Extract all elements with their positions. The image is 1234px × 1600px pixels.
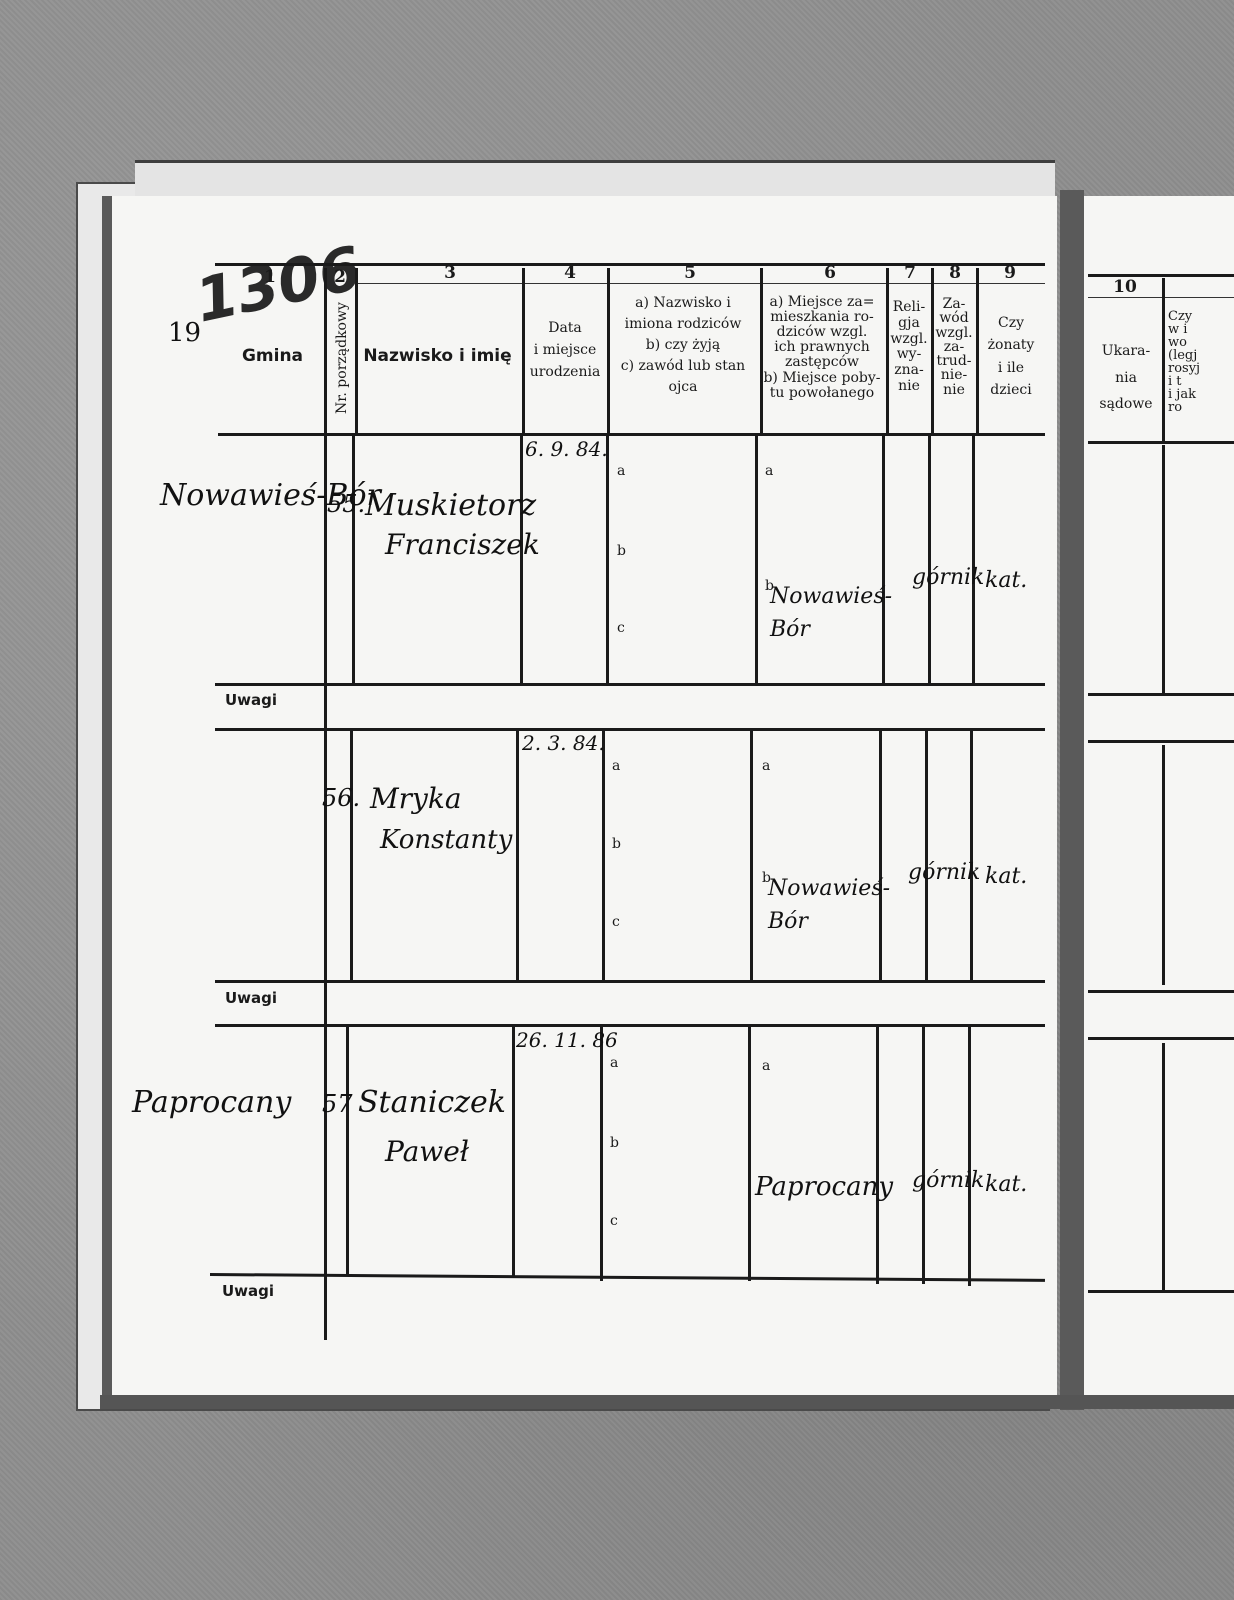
row-rule — [972, 435, 975, 685]
entry-55-label-b: b — [617, 543, 626, 559]
header-line: zastępców — [758, 355, 886, 370]
row-rule — [350, 730, 353, 980]
remarks-top-rule-right — [1088, 693, 1234, 696]
header-line: b) Miejsce poby- — [758, 371, 886, 386]
header-line: nie — [932, 383, 976, 397]
row-rule — [922, 1026, 925, 1284]
row-rule — [928, 435, 931, 685]
header-line: ro — [1168, 401, 1234, 414]
row-rule — [748, 1026, 751, 1281]
row-rule — [882, 435, 885, 685]
row-rule — [1162, 745, 1165, 985]
header-line: zna- — [887, 363, 931, 379]
header-line: żonaty — [978, 334, 1044, 356]
header-parents: a) Nazwisko i imiona rodziców b) czy żyj… — [608, 293, 758, 398]
page-bottom-shadow — [100, 1395, 1234, 1409]
header-line: nie — [887, 379, 931, 395]
remarks-bottom-rule — [215, 1024, 1045, 1027]
header-line: i ile — [978, 357, 1044, 379]
column-number-3: 3 — [420, 264, 480, 284]
entry-57-label-c: c — [610, 1213, 618, 1229]
header-line: Ukara- — [1090, 338, 1162, 365]
header-line: Czy — [978, 312, 1044, 334]
entry-55-birth-date: 6. 9. 84. — [525, 437, 608, 461]
header-line: ich prawnych — [758, 340, 886, 355]
entry-57-religion: kat. — [985, 1172, 1027, 1197]
remarks-top-rule — [215, 683, 1045, 686]
column-number-5: 5 — [660, 264, 720, 284]
entry-56-given-name: Konstanty — [380, 825, 512, 855]
header-line: za- — [932, 340, 976, 354]
row-rule — [352, 435, 355, 685]
header-line: imiona rodziców — [608, 314, 758, 335]
column-rule-3-header — [522, 268, 525, 433]
entry-57-gmina: Paprocany — [132, 1085, 291, 1120]
page-number: 19 — [168, 318, 201, 348]
row-rule — [346, 1026, 349, 1274]
remarks-bottom-rule-right — [1088, 1037, 1234, 1040]
header-line: wzgl. — [887, 332, 931, 348]
column-rule-2-header — [355, 268, 358, 433]
header-nazwisko-imie: Nazwisko i imię — [355, 347, 520, 367]
header-line: gja — [887, 316, 931, 332]
remarks-top-rule-right — [1088, 1290, 1234, 1293]
column-rule-8-header — [976, 268, 979, 433]
header-line: a) Miejsce za= — [758, 295, 886, 310]
row-rule — [750, 730, 753, 980]
row-rule — [968, 1026, 971, 1286]
column-number-7: 7 — [890, 264, 930, 284]
entry-56-surname: Mryka — [370, 782, 462, 815]
header-line: Za- — [932, 297, 976, 311]
row-rule — [876, 1026, 879, 1284]
entry-56-birth-date: 2. 3. 84. — [522, 731, 605, 755]
entry-55-label-c: c — [617, 620, 625, 636]
header-line: sądowe — [1090, 391, 1162, 418]
entry-57-residence: Paprocany — [755, 1172, 893, 1202]
entry-57-remarks-label: Uwagi — [222, 1283, 274, 1300]
header-residence: a) Miejsce za= mieszkania ro- dziców wzg… — [758, 295, 886, 401]
entry-55-occupation: górnik — [912, 565, 984, 590]
entry-57-given-name: Paweł — [385, 1135, 469, 1168]
entry-56-religion: kat. — [985, 864, 1027, 889]
entry-55-label-a: a — [617, 463, 625, 479]
column-rule-5-header — [760, 268, 763, 433]
remarks-bottom-rule-right — [1088, 740, 1234, 743]
remarks-bottom-rule — [215, 728, 1045, 731]
header-military-service: Czy w i wo (legj rosyj i t i jak ro — [1168, 310, 1234, 414]
header-line: i miejsce — [522, 342, 608, 358]
row-rule — [1162, 445, 1165, 695]
column-number-1: 1 — [240, 268, 300, 288]
remarks-top-rule-right — [1088, 990, 1234, 993]
column-number-4: 4 — [540, 264, 600, 284]
entry-55-surname: Muskietorz — [365, 488, 536, 523]
header-line: mieszkania ro- — [758, 310, 886, 325]
row-rule — [512, 1026, 515, 1276]
entry-55-remarks-label: Uwagi — [225, 692, 277, 709]
entry-57-surname: Staniczek — [358, 1085, 506, 1120]
header-nr-porzadkowy: Nr. porządkowy — [334, 298, 350, 418]
header-married: Czy żonaty i ile dzieci — [978, 312, 1044, 402]
entry-56-label-b: b — [612, 836, 621, 852]
entry-55-residence-label-a: a — [765, 463, 773, 479]
header-convictions: Ukara- nia sądowe — [1090, 338, 1162, 418]
header-line: dziców wzgl. — [758, 325, 886, 340]
entry-57-residence-label-a: a — [762, 1058, 770, 1074]
entry-56-remarks-label: Uwagi — [225, 990, 277, 1007]
row-rule — [606, 435, 609, 685]
entry-56-label-c: c — [612, 914, 620, 930]
header-line: trud- — [932, 354, 976, 368]
header-line: c) zawód lub stan — [608, 356, 758, 377]
column-number-10: 10 — [1090, 278, 1160, 298]
header-line: Reli- — [887, 300, 931, 316]
header-line: wy- — [887, 347, 931, 363]
entry-56-number: 56. — [322, 784, 360, 812]
row-rule — [925, 730, 928, 980]
header-line: ojca — [608, 377, 758, 398]
row-rule — [755, 435, 758, 685]
entry-56-residence-label-a: a — [762, 758, 770, 774]
row-rule — [600, 1026, 603, 1281]
entry-57-label-a: a — [610, 1055, 618, 1071]
remarks-top-rule — [215, 980, 1045, 983]
column-rule-7-header — [931, 268, 934, 433]
header-line: nia — [1090, 365, 1162, 392]
row-rule — [516, 730, 519, 980]
entry-57-birth-date: 26. 11. 86 — [516, 1028, 618, 1052]
column-number-2: 2 — [325, 268, 355, 288]
column-rule-10-header — [1162, 278, 1165, 441]
column-rule-6-header — [886, 268, 889, 433]
column-number-8: 8 — [935, 264, 975, 284]
header-line: a) Nazwisko i — [608, 293, 758, 314]
row-rule — [602, 730, 605, 980]
column-rule-4-header — [607, 268, 610, 433]
column-number-6: 6 — [800, 264, 860, 284]
header-line: wzgl. — [932, 326, 976, 340]
entry-57-number: 57 — [322, 1090, 353, 1118]
entry-57-occupation: górnik — [912, 1168, 984, 1193]
header-bottom-rule — [218, 433, 1045, 436]
row-rule — [1162, 1043, 1165, 1293]
header-line: dzieci — [978, 379, 1044, 401]
entry-55-residence: Nowawieś-Bór — [770, 580, 880, 646]
entry-56-label-a: a — [612, 758, 620, 774]
entry-55-number: 55. — [327, 490, 365, 518]
header-line: wód — [932, 311, 976, 325]
entry-56-occupation: górnik — [908, 860, 980, 885]
book-spine — [1060, 190, 1084, 1410]
header-bottom-rule-right — [1088, 441, 1234, 444]
header-line: nie- — [932, 368, 976, 382]
header-occupation: Za- wód wzgl. za- trud- nie- nie — [932, 297, 976, 397]
header-religion: Reli- gja wzgl. wy- zna- nie — [887, 300, 931, 395]
entry-55-given-name: Franciszek — [385, 528, 540, 561]
entry-56-residence: Nowawieś-Bór — [768, 872, 878, 938]
column-number-9: 9 — [985, 264, 1035, 284]
header-line: tu powołanego — [758, 386, 886, 401]
header-line: Data — [522, 320, 608, 336]
entry-57-label-b: b — [610, 1135, 619, 1151]
row-rule — [879, 730, 882, 980]
row-rule — [970, 730, 973, 980]
header-birth: Data i miejsce urodzenia — [522, 320, 608, 380]
entry-55-religion: kat. — [985, 568, 1027, 593]
header-gmina: Gmina — [225, 347, 320, 367]
header-line: b) czy żyją — [608, 335, 758, 356]
header-line: urodzenia — [522, 364, 608, 380]
header-top-rule-right — [1088, 274, 1234, 277]
